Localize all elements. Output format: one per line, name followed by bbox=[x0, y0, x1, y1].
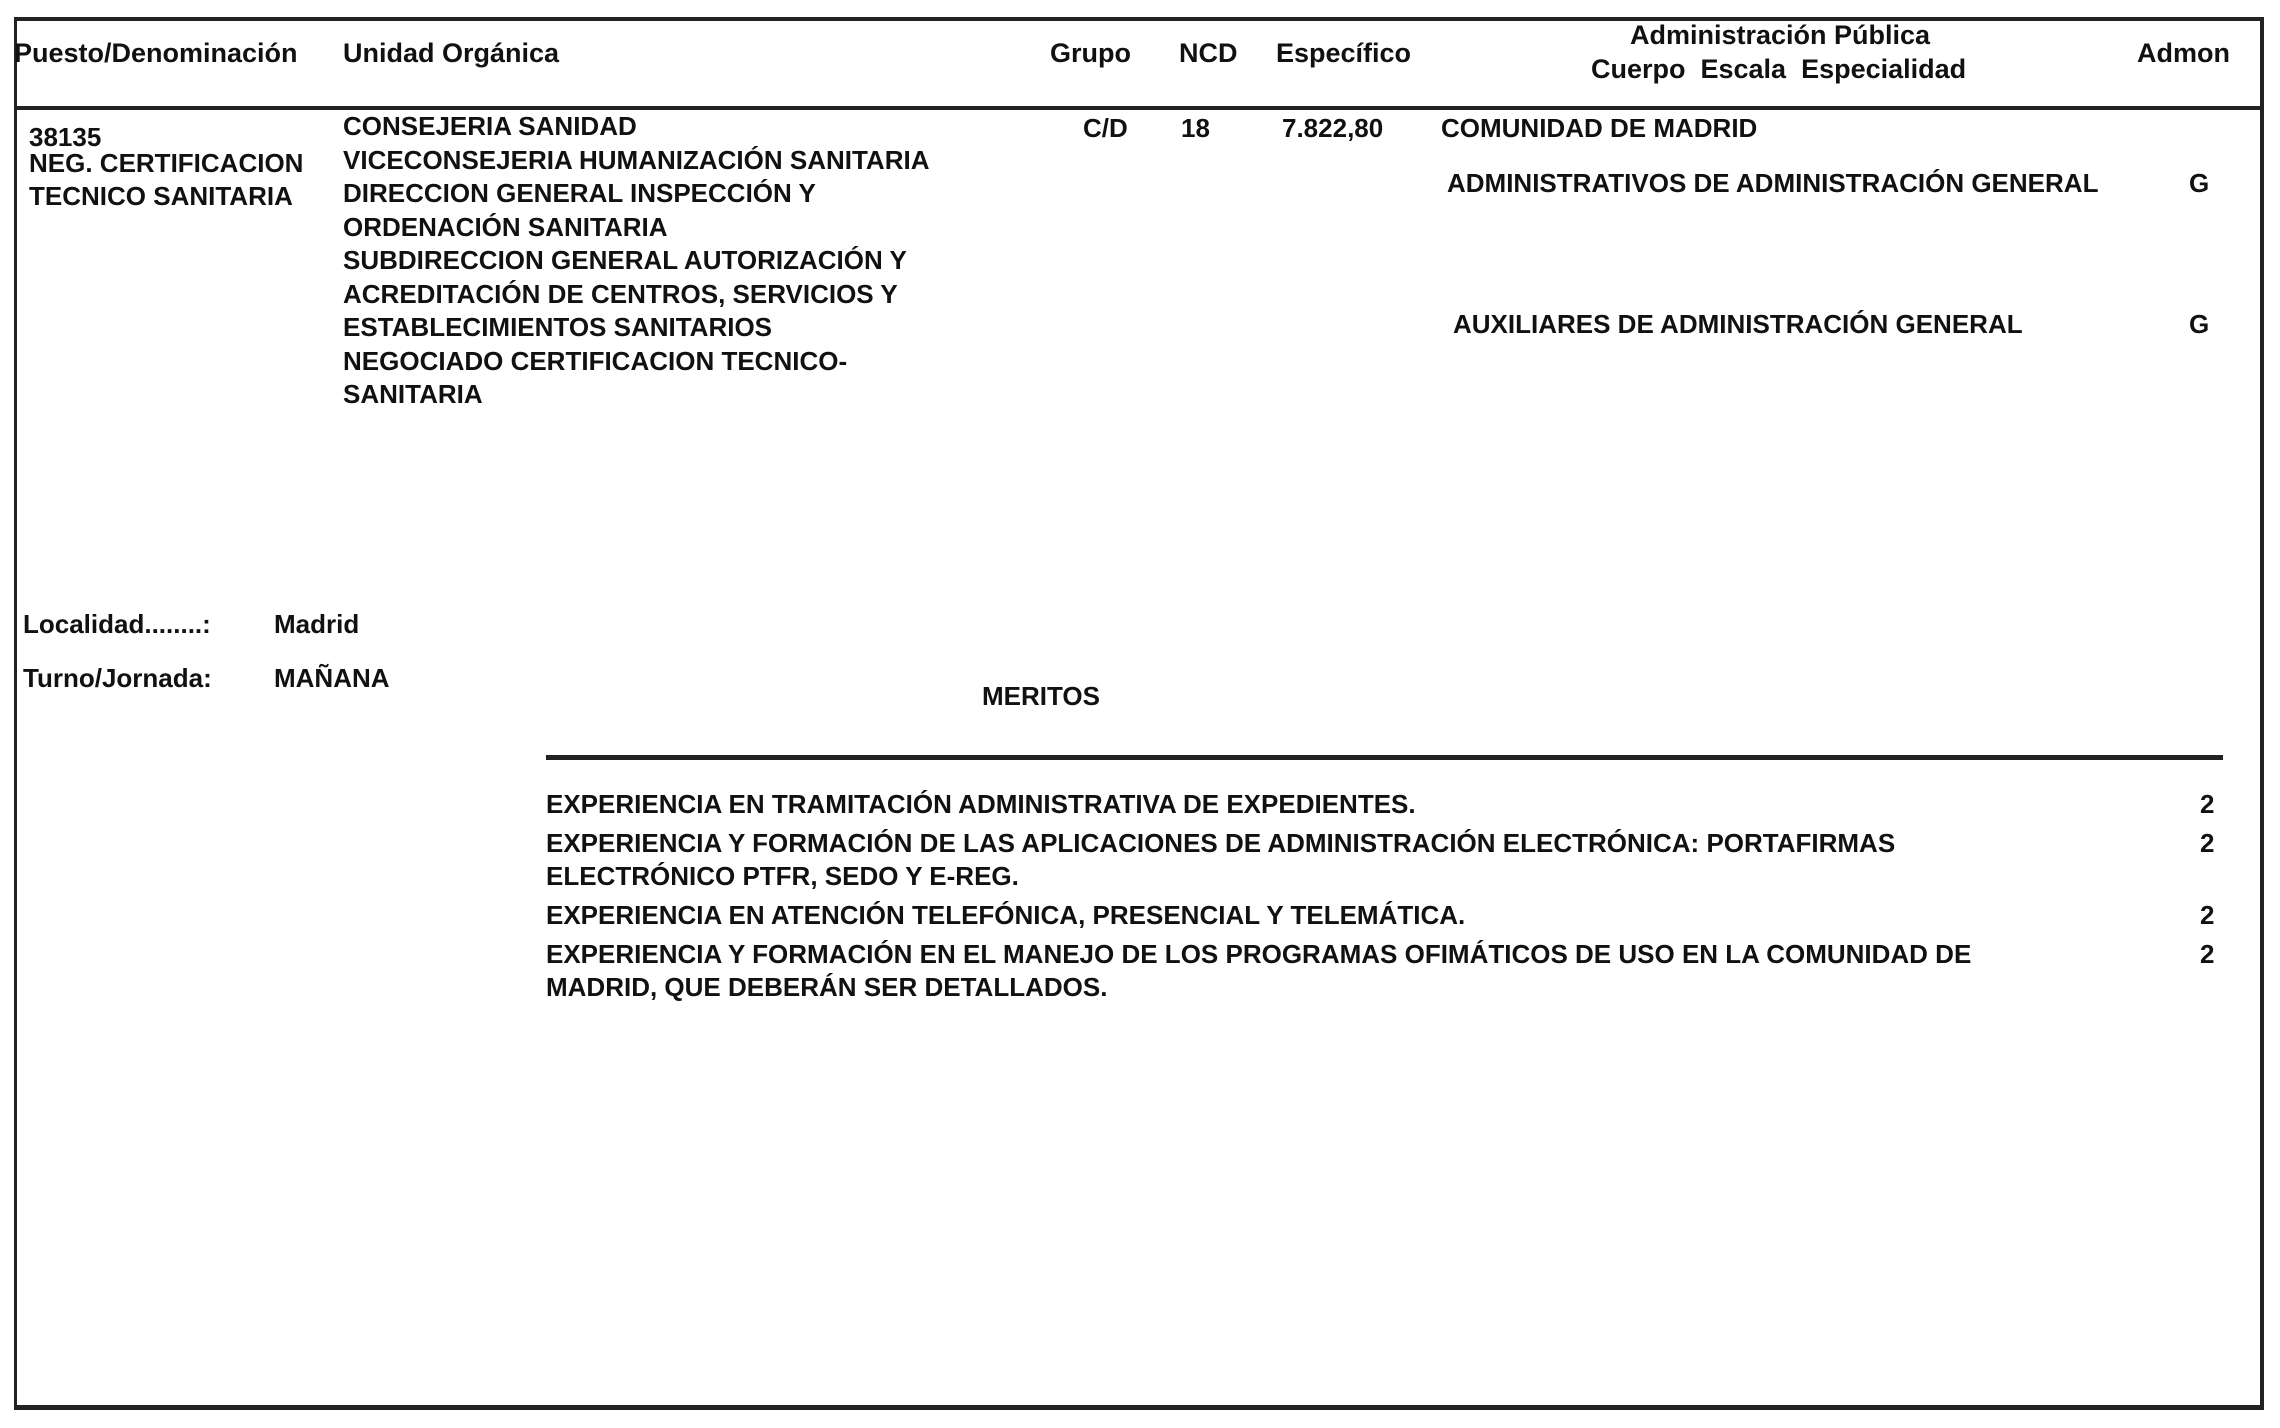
header-ncd: NCD bbox=[1179, 40, 1238, 67]
puesto-denominacion-2: TECNICO SANITARIA bbox=[29, 183, 293, 209]
puesto-codigo: 38135 bbox=[29, 124, 101, 150]
puesto-denominacion-1: NEG. CERTIFICACION bbox=[29, 150, 303, 176]
grupo-value: C/D bbox=[1083, 115, 1128, 141]
turno-label: Turno/Jornada: bbox=[23, 665, 212, 691]
header-grupo: Grupo bbox=[1050, 40, 1131, 67]
meritos-divider bbox=[546, 755, 2223, 760]
merit-points: 2 bbox=[2200, 827, 2214, 860]
header-admin-publica: Administración Pública bbox=[1630, 22, 1930, 49]
header-puesto: Puesto/Denominación bbox=[14, 40, 298, 67]
administracion-value: COMUNIDAD DE MADRID bbox=[1441, 115, 1757, 141]
localidad-value: Madrid bbox=[274, 611, 359, 637]
unidad-line: SANITARIA bbox=[343, 378, 929, 412]
unidad-line: SUBDIRECCION GENERAL AUTORIZACIÓN Y bbox=[343, 244, 929, 278]
header-cuerpo-escala: Cuerpo Escala Especialidad bbox=[1591, 56, 1966, 83]
unidad-line: VICECONSEJERIA HUMANIZACIÓN SANITARIA bbox=[343, 144, 929, 178]
merit-item: EXPERIENCIA Y FORMACIÓN EN EL MANEJO DE … bbox=[546, 938, 2066, 1004]
unidad-line: DIRECCION GENERAL INSPECCIÓN Y bbox=[343, 177, 929, 211]
merit-item: EXPERIENCIA EN ATENCIÓN TELEFÓNICA, PRES… bbox=[546, 899, 2086, 932]
merit-item: EXPERIENCIA Y FORMACIÓN DE LAS APLICACIO… bbox=[546, 827, 2046, 893]
cuerpo-admon: G bbox=[2189, 170, 2209, 196]
unidad-line: ACREDITACIÓN DE CENTROS, SERVICIOS Y bbox=[343, 278, 929, 312]
meritos-title: MERITOS bbox=[982, 683, 1100, 709]
unidad-line: NEGOCIADO CERTIFICACION TECNICO- bbox=[343, 345, 929, 379]
unidad-line: ESTABLECIMIENTOS SANITARIOS bbox=[343, 311, 929, 345]
unidad-line: CONSEJERIA SANIDAD bbox=[343, 110, 929, 144]
especifico-value: 7.822,80 bbox=[1282, 115, 1383, 141]
localidad-label: Localidad........: bbox=[23, 611, 211, 637]
ncd-value: 18 bbox=[1181, 115, 1210, 141]
unidad-organica: CONSEJERIA SANIDAD VICECONSEJERIA HUMANI… bbox=[343, 110, 929, 412]
header-especifico: Específico bbox=[1276, 40, 1411, 67]
header-unidad: Unidad Orgánica bbox=[343, 40, 559, 67]
merit-points: 2 bbox=[2200, 788, 2214, 821]
merit-points: 2 bbox=[2200, 899, 2214, 932]
cuerpo-name: AUXILIARES DE ADMINISTRACIÓN GENERAL bbox=[1453, 311, 2023, 337]
merit-item: EXPERIENCIA EN TRAMITACIÓN ADMINISTRATIV… bbox=[546, 788, 2086, 821]
cuerpo-admon: G bbox=[2189, 311, 2209, 337]
turno-value: MAÑANA bbox=[274, 665, 390, 691]
header-admon: Admon bbox=[2137, 40, 2230, 67]
merit-points: 2 bbox=[2200, 938, 2214, 971]
unidad-line: ORDENACIÓN SANITARIA bbox=[343, 211, 929, 245]
cuerpo-name: ADMINISTRATIVOS DE ADMINISTRACIÓN GENERA… bbox=[1447, 170, 2098, 196]
